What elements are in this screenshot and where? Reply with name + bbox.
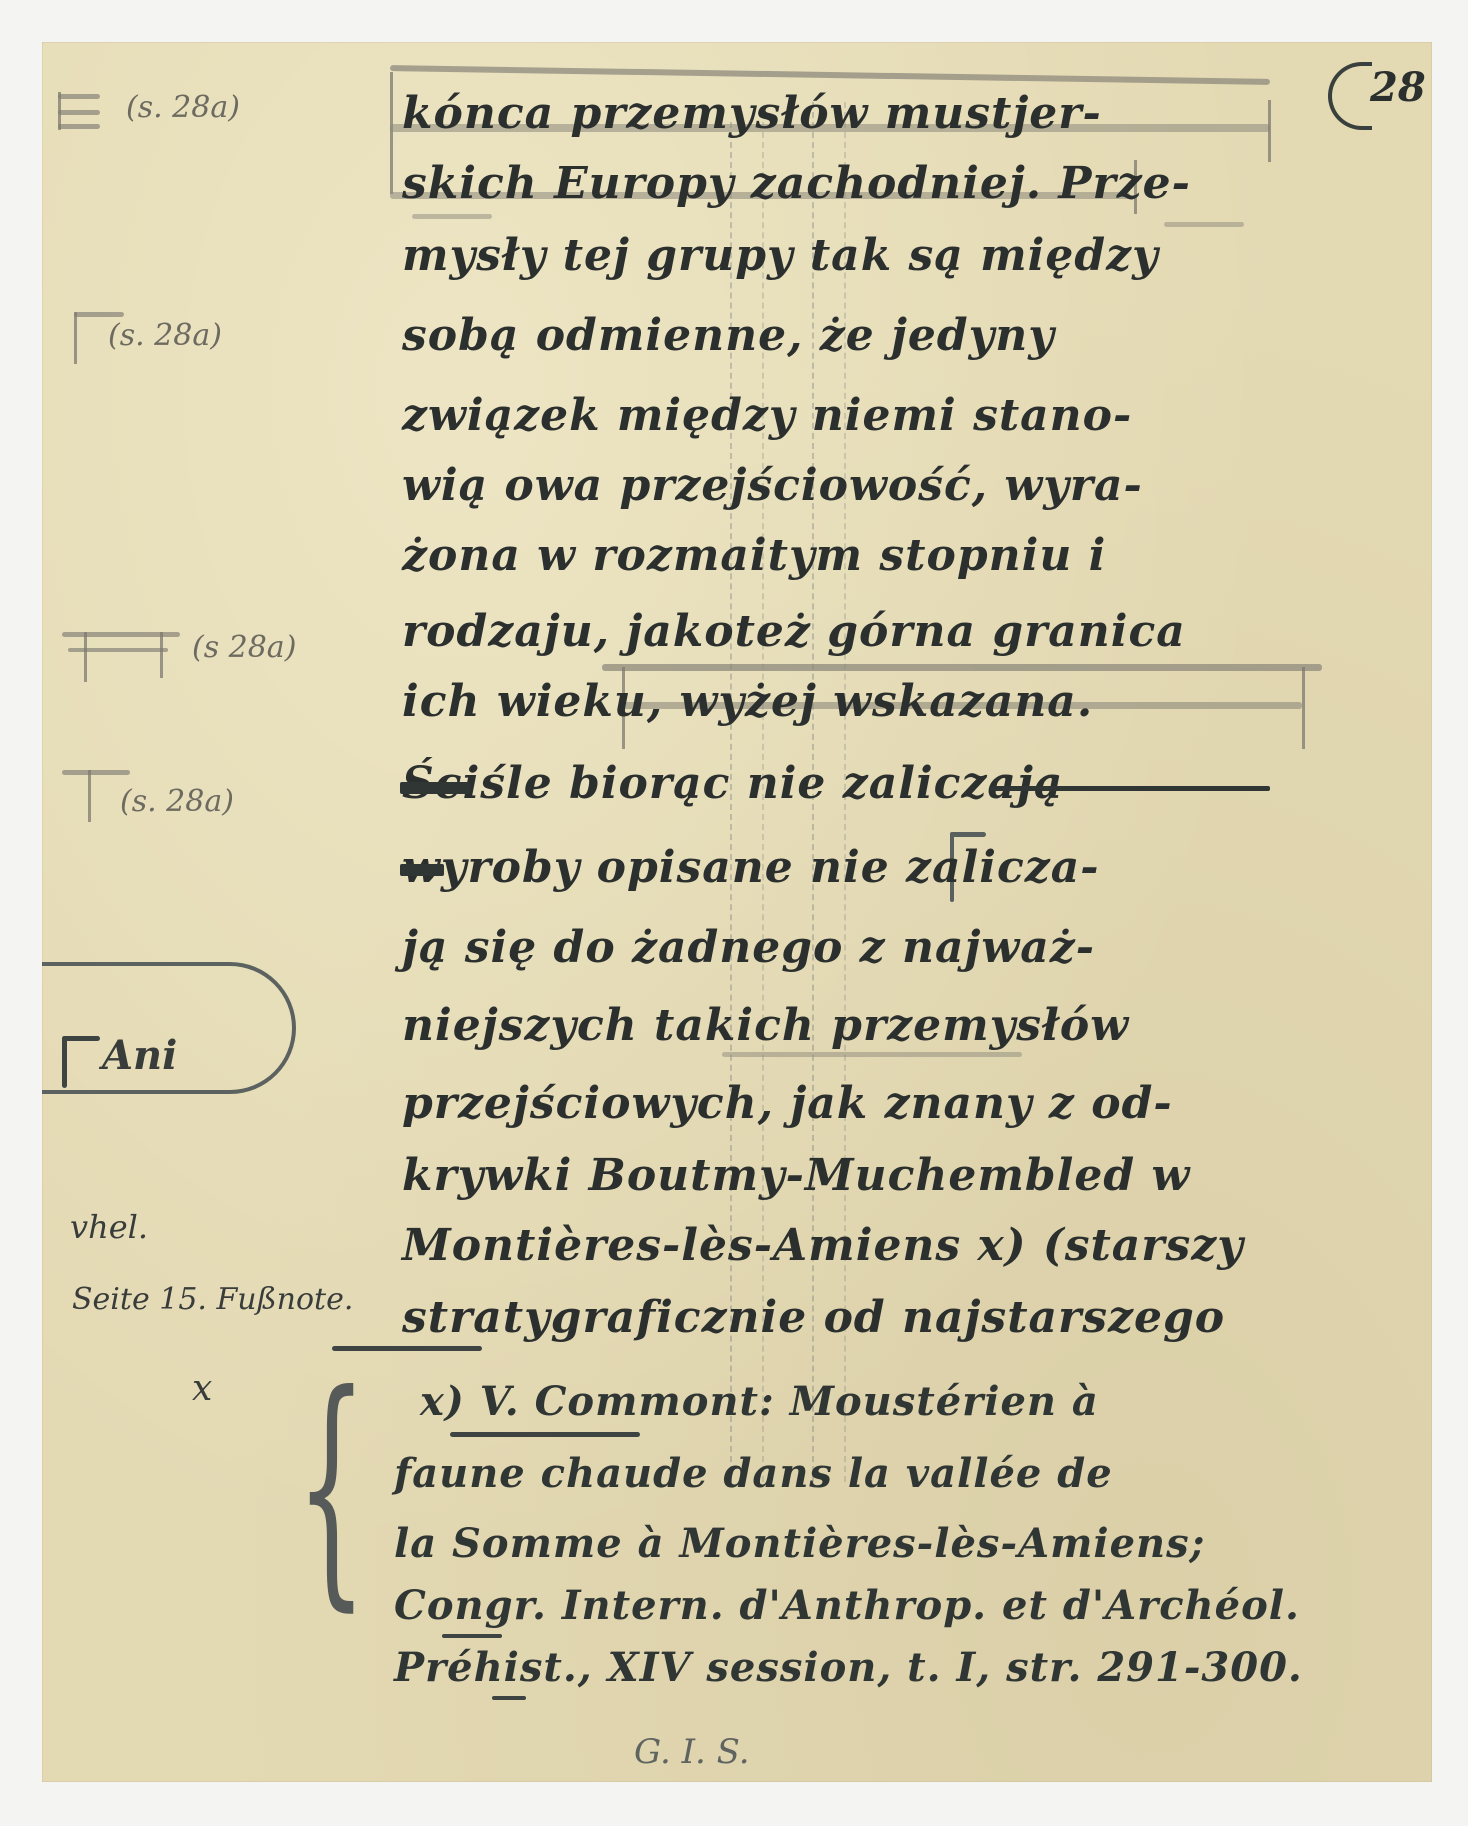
margin-brace: { <box>296 1362 368 1612</box>
footnote-underline <box>492 1696 526 1700</box>
pencil-underline <box>412 214 492 219</box>
text-line: ich wieku, wyżej wskazana. <box>402 680 1093 724</box>
text-line: Ściśle biorąc nie zaliczają <box>402 762 1063 806</box>
manuscript-page: 28 kónca przemysłów mustjer- skich Europ… <box>42 42 1432 1782</box>
table-bracket-icon <box>68 648 168 652</box>
page-number: 28 <box>1370 64 1426 111</box>
text-line: kónca przemysłów mustjer- <box>402 92 1102 136</box>
footnote-line: Congr. Intern. d'Anthrop. et d'Archéol. <box>394 1586 1300 1626</box>
margin-note: vhel. <box>70 1208 148 1246</box>
pencil-underline <box>722 1052 1022 1057</box>
text-line: skich Europy zachodniej. Prze- <box>402 162 1191 206</box>
corner-bracket-icon <box>74 312 124 317</box>
pencil-box-top <box>390 65 1270 85</box>
double-bracket-icon <box>58 92 61 130</box>
corner-bracket-icon <box>62 1036 67 1088</box>
text-line: niejszych takich przemysłów <box>402 1004 1129 1048</box>
text-line: przejściowych, jak znany z od- <box>402 1082 1173 1126</box>
footnote-line: la Somme à Montières-lès-Amiens; <box>394 1524 1205 1564</box>
text-line: mysły tej grupy tak są między <box>402 234 1159 278</box>
table-bracket-icon <box>84 632 87 682</box>
insertion-mark <box>950 832 986 837</box>
t-bracket-icon <box>62 770 130 775</box>
margin-note: (s. 28a) <box>126 90 240 125</box>
pencil-box-right <box>1302 667 1305 749</box>
ink-strike <box>400 864 444 876</box>
text-line: stratygraficznie od najstarszego <box>402 1296 1225 1340</box>
text-line: wią owa przejściowość, wyra- <box>402 464 1143 508</box>
margin-note: (s 28a) <box>192 630 296 665</box>
footnote-line: x) V. Commont: Moustérien à <box>420 1382 1099 1422</box>
text-line: sobą odmienne, że jedyny <box>402 314 1055 358</box>
pencil-box-right <box>1268 100 1271 162</box>
double-bracket-icon <box>58 110 100 115</box>
text-line: krywki Boutmy-Muchembled w <box>402 1154 1190 1198</box>
margin-note: Seite 15. Fußnote. <box>72 1282 353 1317</box>
text-line: wyroby opisane nie zalicza- <box>402 846 1100 890</box>
text-line: rodzaju, jakoteż górna granica <box>402 610 1186 654</box>
margin-note-x: x <box>192 1368 212 1409</box>
corner-bracket-icon <box>62 1036 100 1041</box>
pencil-box-top <box>602 664 1322 671</box>
footnote-underline <box>442 1634 502 1638</box>
double-bracket-icon <box>58 94 100 99</box>
text-line: Montières-lès-Amiens x) (starszy <box>402 1224 1244 1268</box>
t-bracket-icon <box>88 770 91 822</box>
page-number-arc <box>1328 62 1372 130</box>
table-bracket-icon <box>160 632 163 678</box>
corner-bracket-icon <box>74 312 77 364</box>
pencil-underline <box>1164 222 1244 227</box>
text-line: ją się do żadnego z najważ- <box>402 926 1095 970</box>
double-bracket-icon <box>58 124 100 129</box>
margin-note-ani: Ani <box>102 1032 177 1079</box>
margin-note: (s. 28a) <box>120 784 234 819</box>
initials: G. I. S. <box>634 1732 750 1772</box>
margin-note: (s. 28a) <box>108 318 222 353</box>
text-line: żona w rozmaitym stopniu i <box>402 534 1106 578</box>
footnote-underline <box>450 1432 640 1437</box>
footnote-line: Préhist., XIV session, t. I, str. 291-30… <box>394 1648 1303 1688</box>
ink-strike <box>400 782 470 794</box>
ink-strike <box>990 786 1270 791</box>
pencil-box-left <box>390 72 393 194</box>
text-line: związek między niemi stano- <box>402 394 1132 438</box>
footnote-line: faune chaude dans la vallée de <box>394 1454 1113 1494</box>
